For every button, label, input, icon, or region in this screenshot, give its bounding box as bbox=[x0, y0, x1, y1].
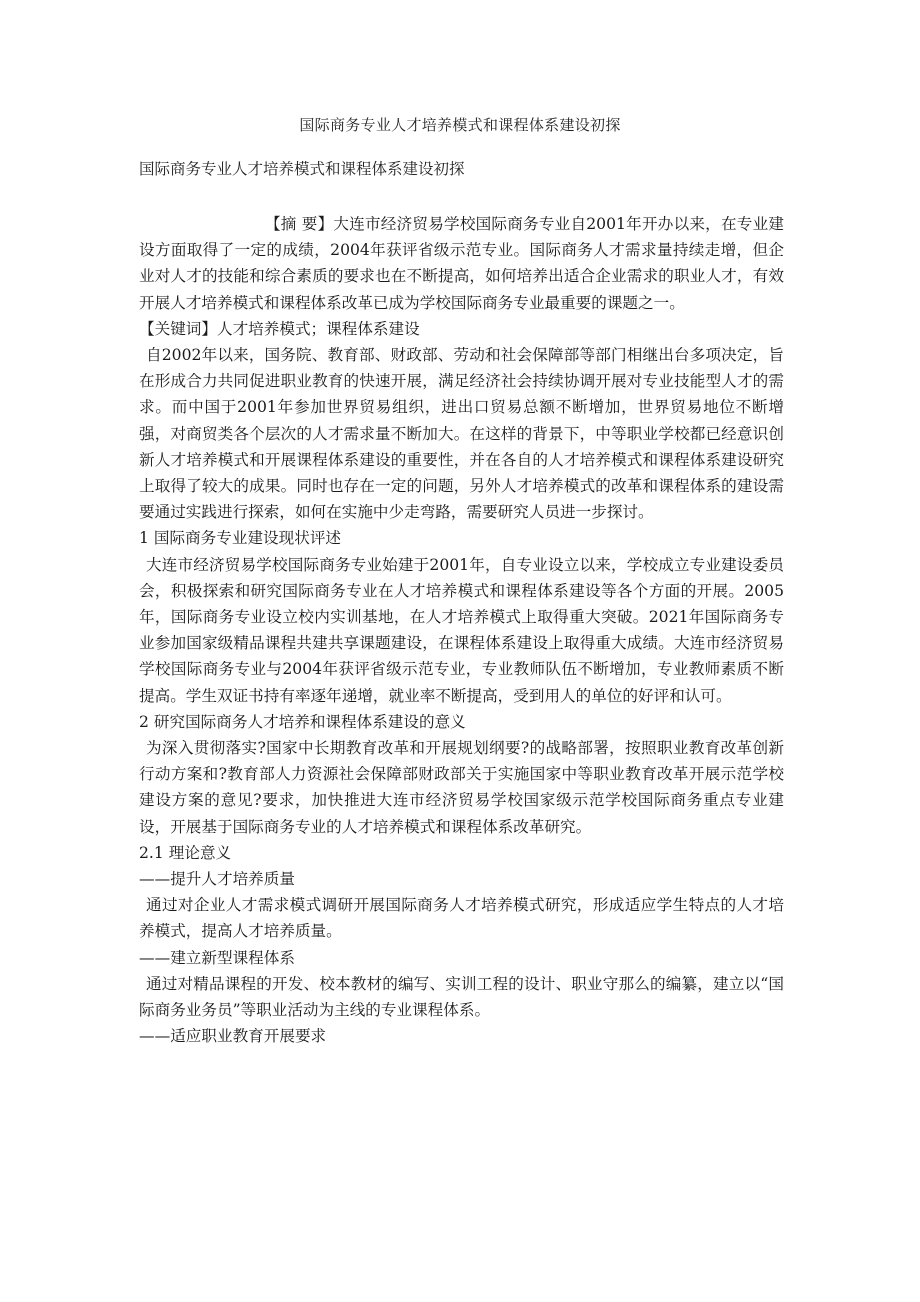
intro-paragraph: 自2002年以来，国务院、教育部、财政部、劳动和社会保障部等部门相继出台多项决定… bbox=[139, 342, 784, 525]
section-1-paragraph: 大连市经济贸易学校国际商务专业始建于2001年，自专业设立以来，学校成立专业建设… bbox=[139, 552, 784, 709]
point-2-text: 通过对精品课程的开发、校本教材的编写、实训工程的设计、职业守那么的编纂，建立以“… bbox=[139, 971, 784, 1023]
document-body: 【摘 要】大连市经济贸易学校国际商务专业自2001年开办以来，在专业建设方面取得… bbox=[139, 211, 784, 1050]
keywords-line: 【关键词】人才培养模式；课程体系建设 bbox=[139, 316, 784, 342]
section-2-1-heading: 2.1 理论意义 bbox=[139, 840, 784, 866]
document-page: 国际商务专业人才培养模式和课程体系建设初探 国际商务专业人才培养模式和课程体系建… bbox=[0, 0, 920, 1302]
point-1-text: 通过对企业人才需求模式调研开展国际商务人才培养模式研究，形成适应学生特点的人才培… bbox=[139, 892, 784, 944]
point-2-title: ——建立新型课程体系 bbox=[139, 945, 784, 971]
document-subtitle: 国际商务专业人才培养模式和课程体系建设初探 bbox=[139, 157, 465, 179]
section-1-heading: 1 国际商务专业建设现状评述 bbox=[139, 525, 784, 551]
section-2-paragraph: 为深入贯彻落实?国家中长期教育改革和开展规划纲要?的战略部署，按照职业教育改革创… bbox=[139, 735, 784, 840]
document-title: 国际商务专业人才培养模式和课程体系建设初探 bbox=[0, 114, 920, 135]
point-3-title: ——适应职业教育开展要求 bbox=[139, 1023, 784, 1049]
point-1-title: ——提升人才培养质量 bbox=[139, 866, 784, 892]
abstract-paragraph: 【摘 要】大连市经济贸易学校国际商务专业自2001年开办以来，在专业建设方面取得… bbox=[139, 211, 784, 316]
section-2-heading: 2 研究国际商务人才培养和课程体系建设的意义 bbox=[139, 709, 784, 735]
